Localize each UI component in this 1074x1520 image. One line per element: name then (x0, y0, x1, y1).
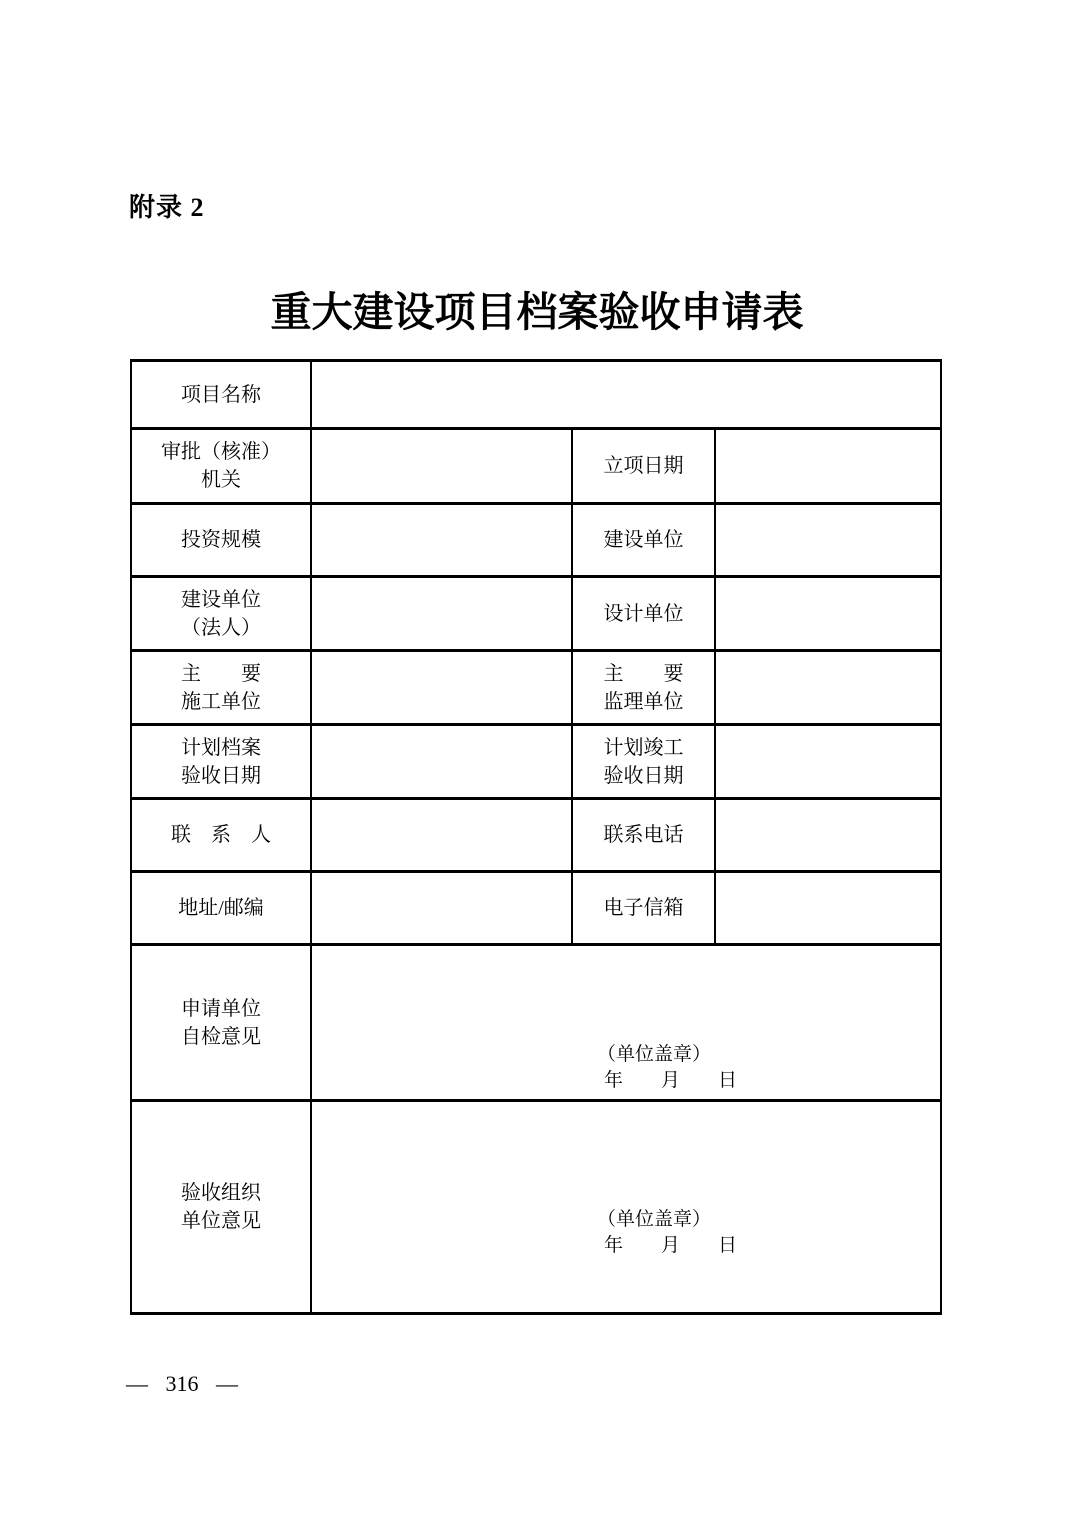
acceptance-organizer-opinion-label: 验收组织 单位意见 (131, 1101, 311, 1314)
main-construction-unit-label: 主 要 施工单位 (131, 651, 311, 725)
construction-unit-value-cell (715, 504, 941, 577)
address-postcode-label: 地址/邮编 (131, 872, 311, 945)
planned-completion-acceptance-date-label: 计划竣工 验收日期 (572, 725, 715, 799)
appendix-label: 附录 2 (129, 193, 205, 223)
organizer-date-text: 年 月 日 (597, 1233, 940, 1259)
self-check-unit-seal-text: （单位盖章） (597, 1042, 940, 1068)
contact-person-label: 联 系 人 (131, 799, 311, 872)
investment-scale-label: 投资规模 (131, 504, 311, 577)
organizer-stamp-block: （单位盖章） 年 月 日 (597, 1207, 940, 1259)
organizer-unit-seal-text: （单位盖章） (597, 1207, 940, 1233)
row-project-name: 项目名称 (131, 361, 941, 429)
filing-date-label: 立项日期 (572, 429, 715, 504)
planned-completion-acceptance-date-value-cell (715, 725, 941, 799)
investment-scale-value-cell (311, 504, 572, 577)
contact-phone-label: 联系电话 (572, 799, 715, 872)
design-unit-value-cell (715, 577, 941, 651)
row-address-email: 地址/邮编 电子信箱 (131, 872, 941, 945)
project-name-value-cell (311, 361, 941, 429)
applicant-self-check-opinion-label: 申请单位 自检意见 (131, 945, 311, 1101)
row-contact: 联 系 人 联系电话 (131, 799, 941, 872)
project-name-label: 项目名称 (131, 361, 311, 429)
contact-phone-value-cell (715, 799, 941, 872)
construction-unit-label: 建设单位 (572, 504, 715, 577)
row-approval-authority: 审批（核准） 机关 立项日期 (131, 429, 941, 504)
row-main-contractors: 主 要 施工单位 主 要 监理单位 (131, 651, 941, 725)
form-title: 重大建设项目档案验收申请表 (0, 287, 1074, 337)
contact-person-value-cell (311, 799, 572, 872)
main-supervision-unit-value-cell (715, 651, 941, 725)
filing-date-value-cell (715, 429, 941, 504)
address-postcode-value-cell (311, 872, 572, 945)
main-construction-unit-value-cell (311, 651, 572, 725)
applicant-self-check-opinion-value-cell: （单位盖章） 年 月 日 (311, 945, 941, 1101)
row-construction-unit-legal-person: 建设单位 （法人） 设计单位 (131, 577, 941, 651)
acceptance-organizer-opinion-value-cell: （单位盖章） 年 月 日 (311, 1101, 941, 1314)
row-acceptance-organizer-opinion: 验收组织 单位意见 （单位盖章） 年 月 日 (131, 1101, 941, 1314)
planned-archive-acceptance-date-label: 计划档案 验收日期 (131, 725, 311, 799)
construction-unit-legal-person-label: 建设单位 （法人） (131, 577, 311, 651)
email-value-cell (715, 872, 941, 945)
approval-authority-label: 审批（核准） 机关 (131, 429, 311, 504)
email-label: 电子信箱 (572, 872, 715, 945)
row-planned-acceptance-dates: 计划档案 验收日期 计划竣工 验收日期 (131, 725, 941, 799)
planned-archive-acceptance-date-value-cell (311, 725, 572, 799)
self-check-date-text: 年 月 日 (597, 1068, 940, 1094)
application-form-table: 项目名称 审批（核准） 机关 立项日期 投资规模 建设单位 建设单位 （法人） … (130, 359, 942, 1315)
document-page: 附录 2 重大建设项目档案验收申请表 项目名称 审批（核准） 机关 立项日期 投… (0, 0, 1074, 1520)
self-check-stamp-block: （单位盖章） 年 月 日 (597, 1042, 940, 1094)
construction-unit-legal-person-value-cell (311, 577, 572, 651)
design-unit-label: 设计单位 (572, 577, 715, 651)
row-applicant-self-check-opinion: 申请单位 自检意见 （单位盖章） 年 月 日 (131, 945, 941, 1101)
page-number: — 316 — (126, 1371, 238, 1397)
main-supervision-unit-label: 主 要 监理单位 (572, 651, 715, 725)
approval-authority-value-cell (311, 429, 572, 504)
row-investment-scale: 投资规模 建设单位 (131, 504, 941, 577)
